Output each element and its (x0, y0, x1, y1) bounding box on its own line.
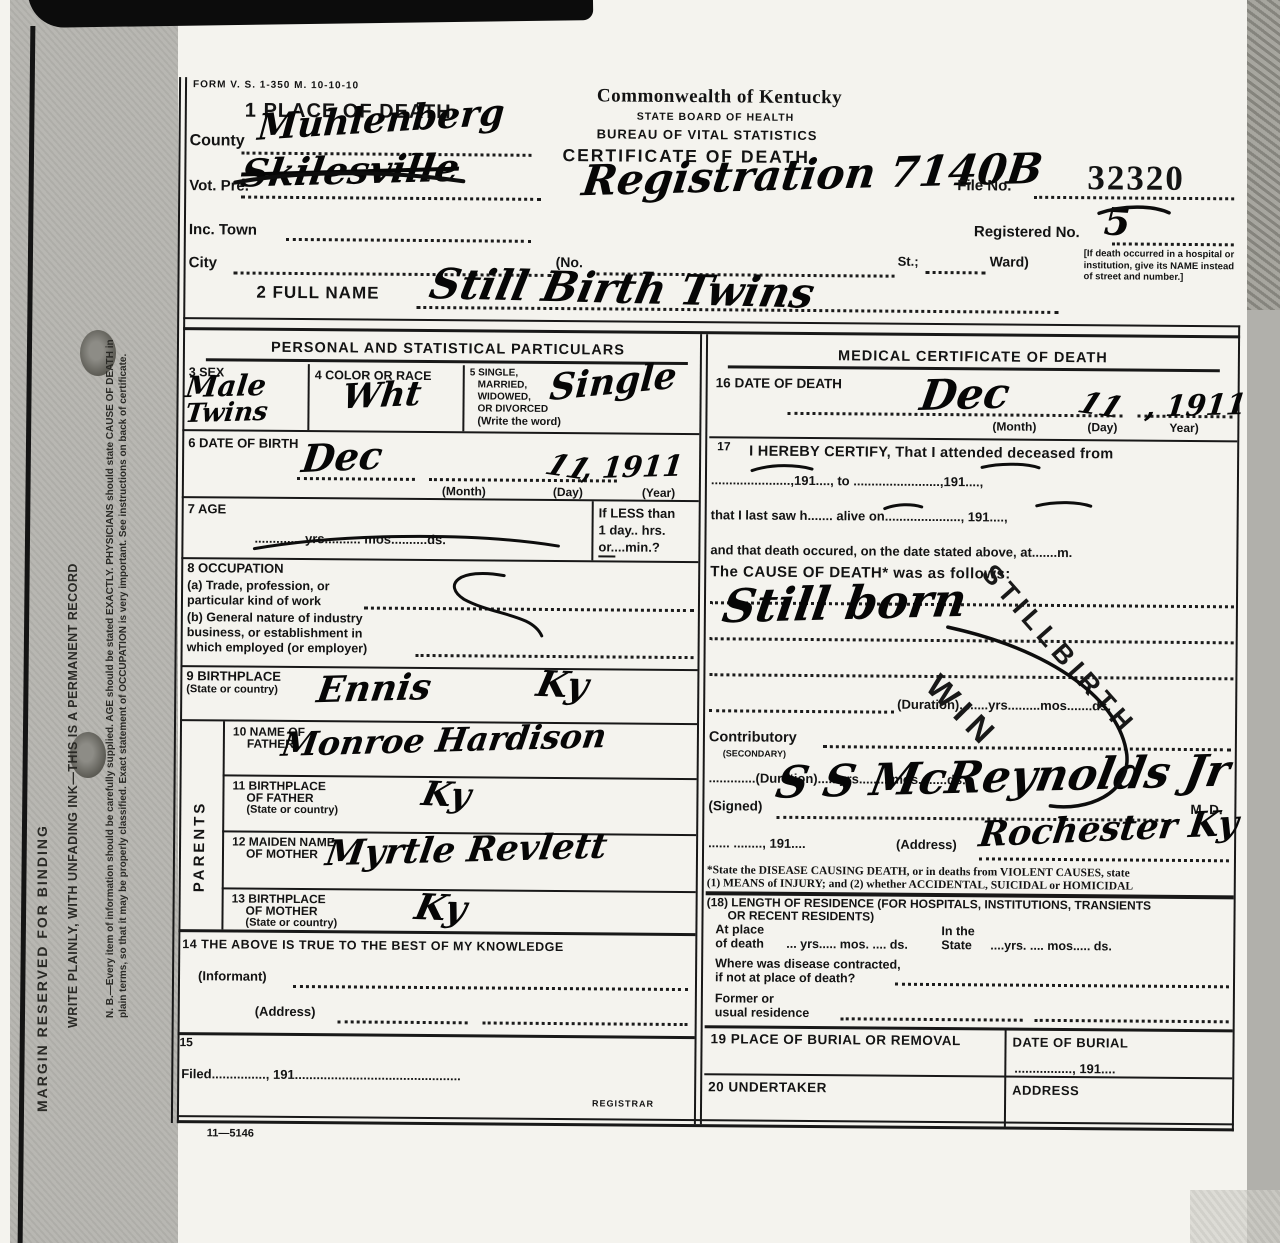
at-place-units: ... yrs..... mos. .... ds. (786, 937, 908, 952)
stillbirth-stamp-line1: STILLBIRTH (975, 558, 1142, 741)
dotted-line (895, 983, 1229, 989)
informant-address-label: (Address) (255, 1005, 316, 1020)
marital-label-4: OR DIVORCED (477, 403, 548, 415)
marital-label-2: MARRIED, (478, 379, 528, 391)
registered-no-label: Registered No. (974, 223, 1080, 241)
signed-date-line: ...... ........, 191.... (708, 836, 806, 852)
if-less-line1: If LESS than (599, 506, 676, 522)
personal-particulars-title: PERSONAL AND STATISTICAL PARTICULARS (213, 339, 683, 359)
father-name-value: Monroe Hardison (279, 719, 608, 761)
city-st-label: St.; (898, 255, 919, 270)
occupation-line-a1: (a) Trade, profession, or (187, 578, 329, 593)
dotted-line (241, 196, 541, 201)
registered-no-value: 5 (1103, 202, 1132, 242)
inc-town-label: Inc. Town (189, 221, 257, 239)
occupation-line-b3: which employed (or employer) (187, 640, 368, 656)
occupation-line-b1: (b) General nature of industry (187, 610, 363, 626)
rule (182, 429, 699, 435)
certify-line3: and that death occured, on the date stat… (710, 543, 1236, 562)
dod-year-value: , 1911 (1144, 390, 1248, 422)
age-label: 7 AGE (188, 502, 227, 517)
at-place-label-2: of death (715, 936, 764, 951)
dotted-line (709, 709, 894, 713)
in-the-label-2: State (941, 938, 972, 953)
rule (704, 1073, 1232, 1079)
state-board-subtitle: STATE BOARD OF HEALTH (637, 111, 795, 124)
rule (178, 1032, 695, 1039)
dotted-line (338, 1020, 468, 1024)
full-name-value: Still Birth Twins (426, 263, 818, 314)
rule (221, 721, 225, 929)
parents-label: PARENTS (191, 742, 209, 892)
dotted-line (483, 1021, 688, 1026)
dotted-line (926, 271, 986, 274)
physician-address-value: Rochester Ky (977, 806, 1241, 853)
rule (1004, 1030, 1007, 1127)
contracted-label-2: if not at place of death? (715, 970, 855, 985)
filed-line: Filed..............., 191...............… (181, 1067, 686, 1086)
rule (307, 364, 310, 430)
dotted-line (364, 607, 694, 613)
marital-value: Single (548, 357, 678, 406)
signed-label: (Signed) (708, 798, 762, 814)
city-ward-label: Ward) (990, 253, 1029, 269)
former-residence-label-1: Former or (715, 991, 774, 1006)
undertaker-address-label: ADDRESS (1012, 1084, 1079, 1099)
dod-year-caption: Year) (1169, 422, 1198, 436)
physician-address-label: (Address) (896, 838, 957, 853)
registrar-label: REGISTRAR (592, 1098, 654, 1109)
dob-year-caption: (Year) (642, 487, 675, 501)
dod-day-value: 11 (1074, 389, 1127, 424)
dotted-line (293, 985, 688, 991)
mother-bp-value: Ky (412, 889, 470, 927)
in-the-label-1: In the (941, 924, 974, 939)
dotted-line (1112, 242, 1234, 246)
contributory-label: Contributory (709, 729, 797, 746)
dotted-line (841, 1017, 1023, 1021)
file-no-value: 32320 (1087, 158, 1185, 199)
county-label: County (190, 132, 245, 151)
secondary-label: (SECONDARY) (723, 748, 786, 759)
age-units-line: ..............yrs.......... mos.........… (254, 532, 584, 550)
dob-day-caption: (Day) (553, 486, 583, 500)
dod-day-caption: (Day) (1087, 421, 1117, 435)
former-residence-label-2: usual residence (715, 1005, 810, 1020)
cause-of-death-value: Still born (720, 577, 970, 630)
certify-line1: ......................,191...., to .....… (711, 473, 1237, 492)
certify-intro: I HEREBY CERTIFY, That I attended deceas… (749, 444, 1113, 464)
or-underline (598, 555, 615, 557)
informant-label: (Informant) (198, 969, 267, 984)
place-of-burial-label: 19 PLACE OF BURIAL OR REMOVAL (710, 1031, 960, 1048)
city-label: City (189, 254, 217, 271)
marital-label-5: (Write the word) (477, 415, 561, 428)
sex-value-line2: Twins (184, 399, 269, 427)
dotted-line (1035, 1019, 1229, 1024)
form-footer-code: 11—5146 (207, 1127, 254, 1140)
medical-certificate-title: MEDICAL CERTIFICATE OF DEATH (743, 347, 1203, 367)
rule (462, 365, 465, 431)
date-of-burial-label: DATE OF BURIAL (1012, 1036, 1128, 1052)
rule (709, 436, 1237, 442)
section-15-number: 15 (179, 1036, 192, 1050)
occupation-label: 8 OCCUPATION (187, 561, 283, 577)
if-less-line2: 1 day.. hrs. (598, 523, 665, 538)
rule (178, 929, 695, 936)
certificate-form: FORM V. S. 1-350 M. 10-10-10 1 PLACE OF … (0, 0, 1280, 1243)
rule (1232, 325, 1240, 1131)
full-name-label: 2 FULL NAME (256, 283, 379, 304)
in-the-units: ....yrs. .... mos..... ds. (990, 938, 1112, 953)
section-17-number: 17 (717, 440, 730, 454)
father-bp-value: Ky (419, 777, 474, 813)
mother-bp-sub-label: (State or country) (245, 917, 337, 930)
physician-signature: S S McReynolds Jr (772, 749, 1233, 805)
scanned-death-certificate: MARGIN RESERVED FOR BINDING WRITE PLAINL… (0, 0, 1280, 1243)
dod-month-value: Dec (917, 372, 1012, 417)
dod-month-caption: (Month) (992, 420, 1036, 434)
undertaker-label: 20 UNDERTAKER (708, 1079, 827, 1095)
if-less-line3: or....min.? (598, 540, 660, 555)
birthplace-sub-label: (State or country) (186, 683, 278, 696)
form-number: FORM V. S. 1-350 M. 10-10-10 (193, 79, 359, 92)
mother-name-label-2: OF MOTHER (246, 848, 318, 862)
occupation-line-a2: particular kind of work (187, 593, 321, 608)
knowledge-statement: 14 THE ABOVE IS TRUE TO THE BEST OF MY K… (182, 937, 564, 954)
rule (182, 496, 699, 502)
dob-month-value: Dec (300, 436, 385, 478)
color-race-value: Wht (340, 377, 423, 415)
dotted-line (710, 637, 1234, 644)
birthplace-state-value: Ky (533, 666, 591, 704)
voting-precinct-value-struck: Skilesville (239, 149, 462, 193)
hospital-instruction-note: [If death occurred in a hospital or inst… (1084, 248, 1236, 284)
rule (591, 501, 593, 560)
commonwealth-title: Commonwealth of Kentucky (597, 85, 842, 109)
dod-label: 16 DATE OF DEATH (716, 375, 842, 392)
dotted-line (286, 238, 531, 243)
dob-month-caption: (Month) (442, 485, 486, 499)
marital-label-3: WIDOWED, (478, 391, 531, 403)
occupation-line-b2: business, or establishment in (187, 625, 363, 641)
mother-name-value: Myrtle Revlett (323, 829, 609, 872)
at-place-label-1: At place (715, 922, 764, 937)
dotted-line (416, 654, 694, 659)
bureau-subtitle: BUREAU OF VITAL STATISTICS (597, 127, 818, 144)
dob-year-value: , 1911 (580, 451, 684, 483)
birthplace-city-value: Ennis (315, 669, 434, 708)
marital-label-1: 5 SINGLE, (470, 367, 518, 379)
rule (183, 327, 1240, 338)
father-bp-sub-label: (State or country) (246, 804, 338, 817)
rule (183, 317, 1240, 327)
dotted-line (709, 673, 1233, 680)
dob-label: 6 DATE OF BIRTH (188, 436, 298, 452)
certify-line2: that I last saw h....... alive on.......… (711, 508, 1237, 527)
dotted-line (979, 857, 1229, 862)
file-no-label: File No. (957, 177, 1011, 195)
